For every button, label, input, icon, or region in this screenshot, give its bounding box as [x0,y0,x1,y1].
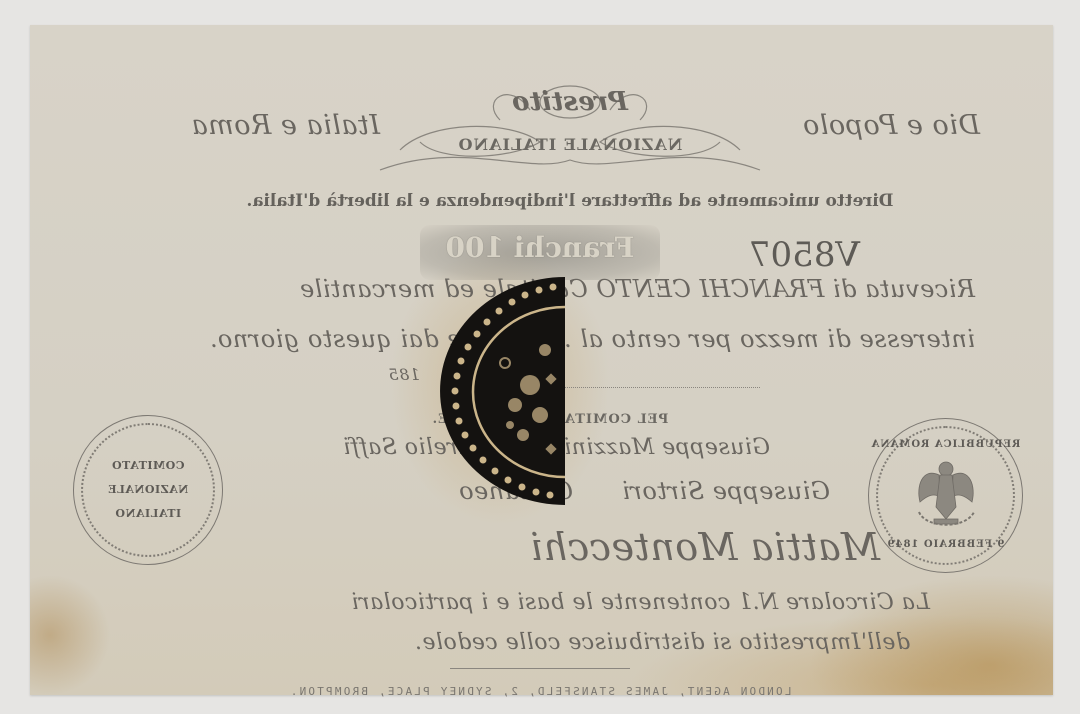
seal-right-top-text: REPUBBLICA ROMANA [869,439,1022,450]
denomination: Franchi 100 [430,231,650,264]
signature-mazzini: Giuseppe Mazzini [564,435,770,460]
footer-line-2: dell'Imprestito si distribuisce colle ce… [320,630,910,655]
footer-rule [450,668,630,669]
seal-right-bottom-text: 9 FEBBRAIO 1849 [869,539,1022,550]
printer-line: LONDON AGENT, JAMES STANSFELD, 2, SYDNEY… [235,685,845,698]
motto-right: Dio e Popolo [730,110,980,141]
heading-prestito: Prestito [460,87,680,117]
seal-comitato-nazionale: COMITATO NAZIONALE ITALIANO [73,415,223,565]
purpose-line: Diretto unicamente ad affrettare l'indip… [125,191,1015,211]
bond-certificate: Prestito NAZIONALE ITALIANO Italia e Rom… [30,25,1053,695]
seal-left-line: COMITATO [74,454,222,478]
serial-number: V8507 [720,235,860,275]
signature-montecchi: Mattia Montecchi [410,525,880,569]
seal-left-line: ITALIANO [74,502,222,526]
date-prefix: 185 [360,365,420,384]
signature-sirtori: Giuseppe Sirtori [622,477,830,505]
seal-left-line: NAZIONALE [74,478,222,502]
seal-left-text: COMITATO NAZIONALE ITALIANO [74,454,222,526]
heading-nazionale-italiano: NAZIONALE ITALIANO [370,135,770,154]
motto-left: Italia e Roma [100,110,380,141]
seal-repubblica-romana: REPUBBLICA ROMANA 9 FEBBRAIO 1849 [868,418,1023,573]
half-circle-stamp [435,275,567,507]
footer-line-1: La Circolare N.1 contenente le basi e i … [310,590,930,615]
eagle-icon [914,457,979,532]
